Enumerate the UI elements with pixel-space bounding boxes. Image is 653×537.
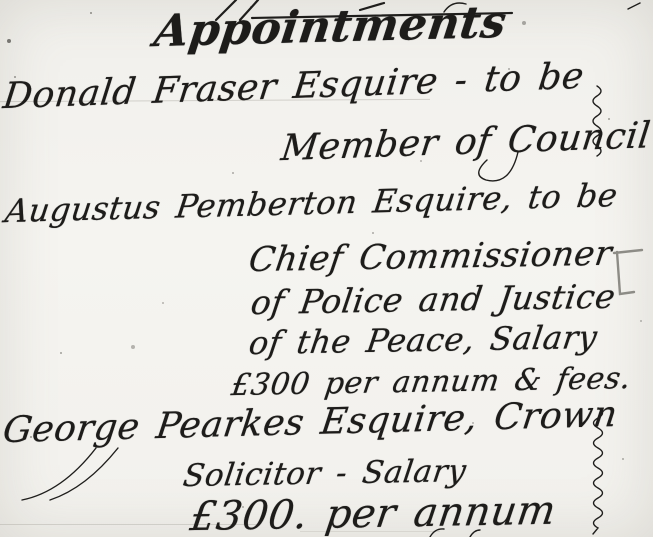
manuscript-page: Appointments Donald Fraser Esquire - to …: [0, 0, 653, 537]
line-pemberton-title-3: of the Peace, Salary: [247, 318, 600, 362]
line-pearkes-salary: £300. per annum: [188, 488, 559, 537]
flourish-george-tails: [22, 448, 118, 500]
line-pemberton-title-2: of Police and Justice: [249, 277, 619, 322]
line-pemberton-title-1: Chief Commissioner: [246, 234, 614, 280]
heading-appointments: Appointments: [151, 0, 509, 57]
pencil-bracket-mark: [614, 250, 642, 294]
line-pearkes-title: Solicitor - Salary: [181, 453, 469, 494]
